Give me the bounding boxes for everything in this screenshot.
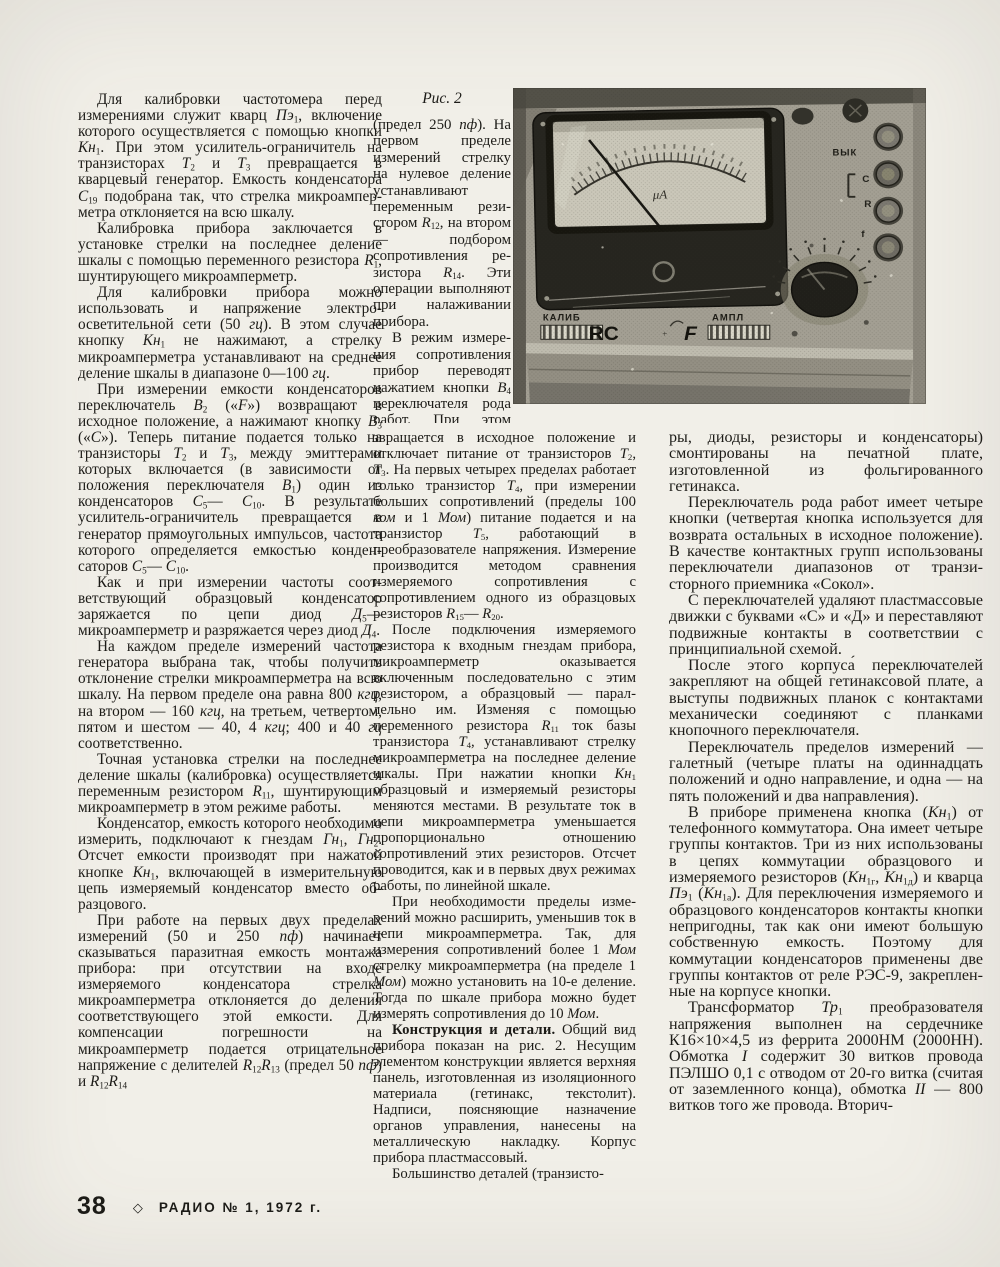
magazine-page: Для калибровки частотомера перед измерен… bbox=[0, 0, 1000, 1267]
paragraph: Конструкция и детали. Общий вид прибора … bbox=[373, 1022, 636, 1166]
column-beside-photo: (предел 250 пф). На первом пределе измер… bbox=[373, 117, 511, 423]
paragraph: Большинство деталей (транзисто- bbox=[373, 1166, 636, 1182]
figure-caption-text: Рис. 2 bbox=[422, 90, 462, 107]
column-middle: звращается в ис­ходное положение и отклю… bbox=[373, 430, 636, 1188]
paragraph: На каждом пределе измерений ча­стота ген… bbox=[78, 639, 382, 752]
paragraph: (предел 250 пф). На первом пределе измер… bbox=[373, 117, 511, 330]
paragraph: В режим измере­ния сопротивле­ния прибор… bbox=[373, 330, 511, 423]
figure-caption: Рис. 2 bbox=[373, 90, 511, 108]
paragraph: Точная установка стрелки на по­следнее д… bbox=[78, 752, 382, 816]
paragraph: Конденсатор, емкость которого не­обходим… bbox=[78, 816, 382, 913]
paragraph: Как и при измерении частоты соот­ветству… bbox=[78, 575, 382, 639]
page-number: 38 bbox=[77, 1192, 107, 1221]
paragraph: Трансформатор Тр1 преобразова­теля напря… bbox=[669, 1000, 983, 1114]
paragraph: ры, диоды, резисторы и конденсато­ры) см… bbox=[669, 430, 983, 495]
paragraph: Калибровка прибора заключается в установ… bbox=[78, 221, 382, 285]
halftone-overlay bbox=[513, 88, 926, 404]
paragraph: После этого корпуса́ переключате­лей зак… bbox=[669, 658, 983, 739]
figure-photo: μA КАЛИБ RC + F АМПЛ bbox=[513, 88, 926, 404]
paragraph: С переключателей удаляют пласт­массовые … bbox=[669, 593, 983, 658]
column-left: Для калибровки частотомера перед измерен… bbox=[78, 92, 382, 1190]
paragraph: Для калибровки прибора можно использоват… bbox=[78, 285, 382, 382]
paragraph: звращается в ис­ходное положение и отклю… bbox=[373, 430, 636, 622]
instrument-photo-illustration: μA КАЛИБ RC + F АМПЛ bbox=[513, 88, 926, 404]
paragraph: Переключатель пределов измере­ний — гале… bbox=[669, 740, 983, 805]
diamond-icon: ◇ bbox=[133, 1200, 143, 1216]
column-right: ры, диоды, резисторы и конденсато­ры) см… bbox=[669, 430, 983, 1190]
paragraph: После подключения измеряемого резистора … bbox=[373, 622, 636, 894]
paragraph: При измерении емкости конденса­торов пер… bbox=[78, 382, 382, 575]
paragraph: При работе на первых двух преде­лах изме… bbox=[78, 913, 382, 1090]
paragraph: Для калибровки частотомера перед измерен… bbox=[78, 92, 382, 221]
journal-issue-label: РАДИО № 1, 1972 г. bbox=[159, 1200, 322, 1215]
paragraph: В приборе применена кнопка (Кн1) от теле… bbox=[669, 805, 983, 1001]
paragraph: Переключатель рода работ имеет четыре кн… bbox=[669, 495, 983, 593]
page-footer: 38 ◇ РАДИО № 1, 1972 г. bbox=[77, 1192, 322, 1221]
paragraph: При необходимости пределы изме­рений мож… bbox=[373, 894, 636, 1022]
